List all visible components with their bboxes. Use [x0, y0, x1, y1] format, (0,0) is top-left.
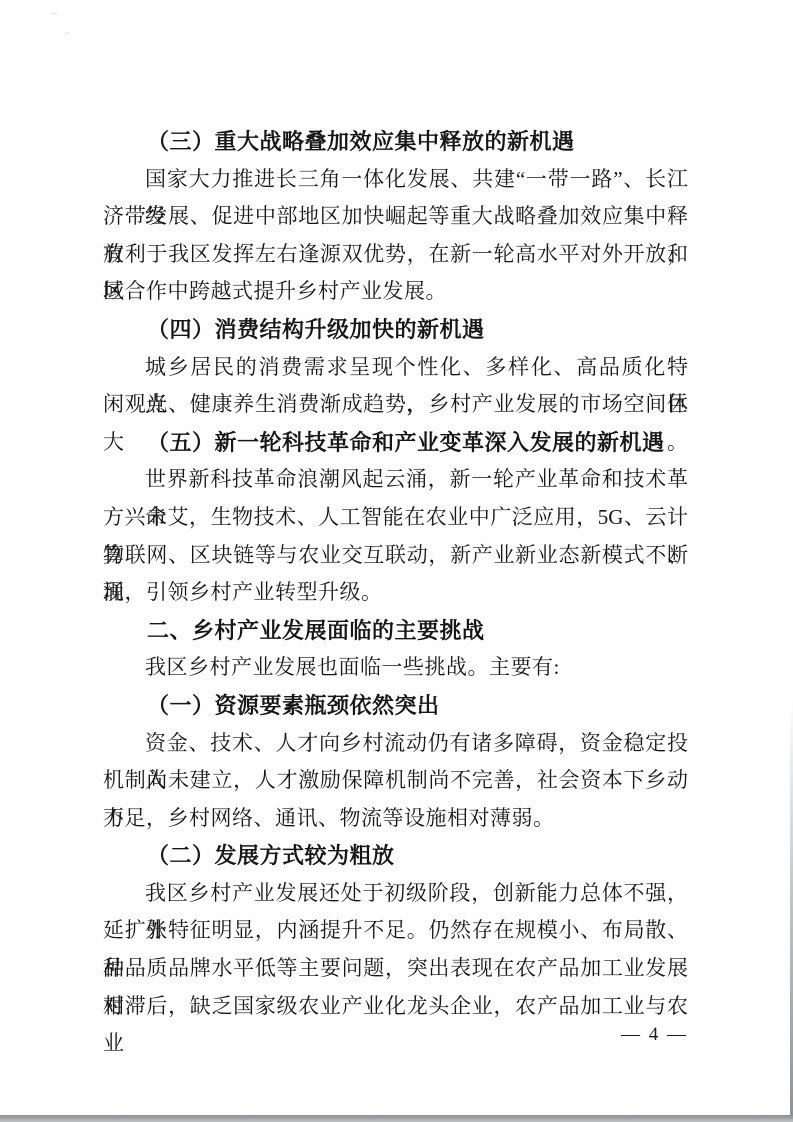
- text-line: 城乡居民的消费需求呈现个性化、多样化、高品质化特点，休: [103, 349, 688, 387]
- text-line: 机制尚未建立，人才激励保障机制尚不完善，社会资本下乡动力: [103, 762, 688, 800]
- section-heading: 二、乡村产业发展面临的主要挑战: [103, 612, 688, 650]
- scan-edge-bottom: [0, 1115, 793, 1122]
- text-line: 不足，乡村网络、通讯、物流等设施相对薄弱。: [103, 800, 688, 838]
- section-heading: （四）消费结构升级加快的新机遇: [103, 311, 688, 349]
- page-number: — 4 —: [621, 1022, 688, 1048]
- text-line: 有利于我区发挥左右逢源双优势，在新一轮高水平对外开放和区: [103, 236, 688, 274]
- text-line: 域合作中跨越式提升乡村产业发展。: [103, 273, 688, 311]
- document-page: （三）重大战略叠加效应集中释放的新机遇 国家大力推进长三角一体化发展、共建“一带…: [0, 0, 793, 1122]
- text-line: 方兴未艾，生物技术、人工智能在农业中广泛应用，5G、云计算、: [103, 499, 688, 537]
- text-line: 资金、技术、人才向乡村流动仍有诸多障碍，资金稳定投入: [103, 725, 688, 763]
- text-line: 闲观光、健康养生消费渐成趋势，乡村产业发展的市场空间巨大。: [103, 386, 688, 424]
- text-line: 世界新科技革命浪潮风起云涌，新一轮产业革命和技术革命: [103, 461, 688, 499]
- text-line: 物联网、区块链等与农业交互联动，新产业新业态新模式不断涌: [103, 537, 688, 575]
- section-heading: （一）资源要素瓶颈依然突出: [103, 687, 688, 725]
- document-body: （三）重大战略叠加效应集中释放的新机遇 国家大力推进长三角一体化发展、共建“一带…: [103, 123, 688, 1025]
- text-line: 对滞后，缺乏国家级农业产业化龙头企业，农产品加工业与农业: [103, 988, 688, 1026]
- text-line: 济带发展、促进中部地区加快崛起等重大战略叠加效应集中释放，: [103, 198, 688, 236]
- text-line: 延扩张特征明显，内涵提升不足。仍然存在规模小、布局散、品: [103, 912, 688, 950]
- text-line: 我区乡村产业发展还处于初级阶段，创新能力总体不强，外: [103, 875, 688, 913]
- text-line: 种品质品牌水平低等主要问题，突出表现在农产品加工业发展相: [103, 950, 688, 988]
- text-line: 我区乡村产业发展也面临一些挑战。主要有:: [103, 649, 688, 687]
- text-line: 国家大力推进长三角一体化发展、共建“一带一路”、长江经: [103, 161, 688, 199]
- section-heading: （二）发展方式较为粗放: [103, 837, 688, 875]
- text-line: 现，引领乡村产业转型升级。: [103, 574, 688, 612]
- section-heading: （三）重大战略叠加效应集中释放的新机遇: [103, 123, 688, 161]
- scan-speck: [50, 12, 58, 15]
- section-heading: （五）新一轮科技革命和产业变革深入发展的新机遇: [103, 424, 688, 462]
- scan-speck: [64, 32, 70, 35]
